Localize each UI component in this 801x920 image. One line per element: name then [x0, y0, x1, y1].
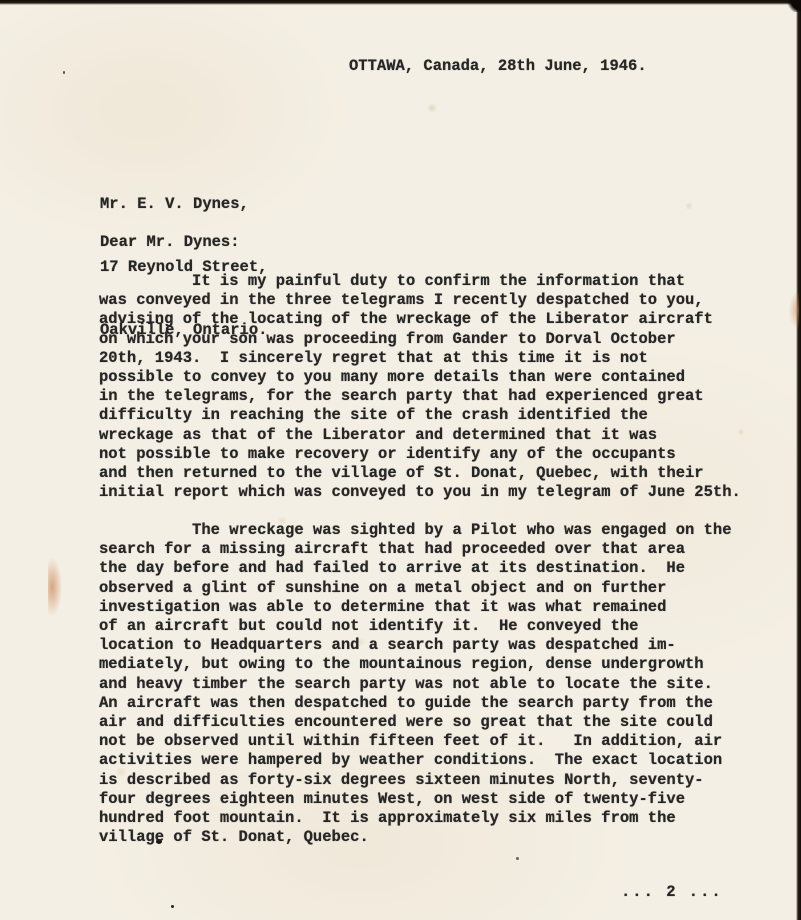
- scan-corner-top-right: [787, 0, 801, 12]
- dateline: OTTAWA, Canada, 28th June, 1946.: [349, 57, 647, 76]
- edge-stain: [789, 292, 799, 328]
- scan-edge-top: [0, 0, 801, 5]
- body-paragraph-2: The wreckage was sighted by a Pilot who …: [99, 521, 732, 847]
- ink-speck: [516, 857, 519, 860]
- ink-speck: [171, 905, 174, 908]
- scanned-letter-page: OTTAWA, Canada, 28th June, 1946. Mr. E. …: [0, 0, 801, 920]
- scan-edge-right: [796, 0, 801, 920]
- recipient-name: Mr. E. V. Dynes,: [100, 194, 267, 215]
- page-number-footer: ... 2 ...: [621, 883, 723, 902]
- salutation: Dear Mr. Dynes:: [100, 233, 240, 252]
- body-paragraph-1: It is my painful duty to confirm the inf…: [99, 272, 741, 502]
- ink-speck: [63, 71, 65, 74]
- left-margin-stain: [48, 558, 62, 616]
